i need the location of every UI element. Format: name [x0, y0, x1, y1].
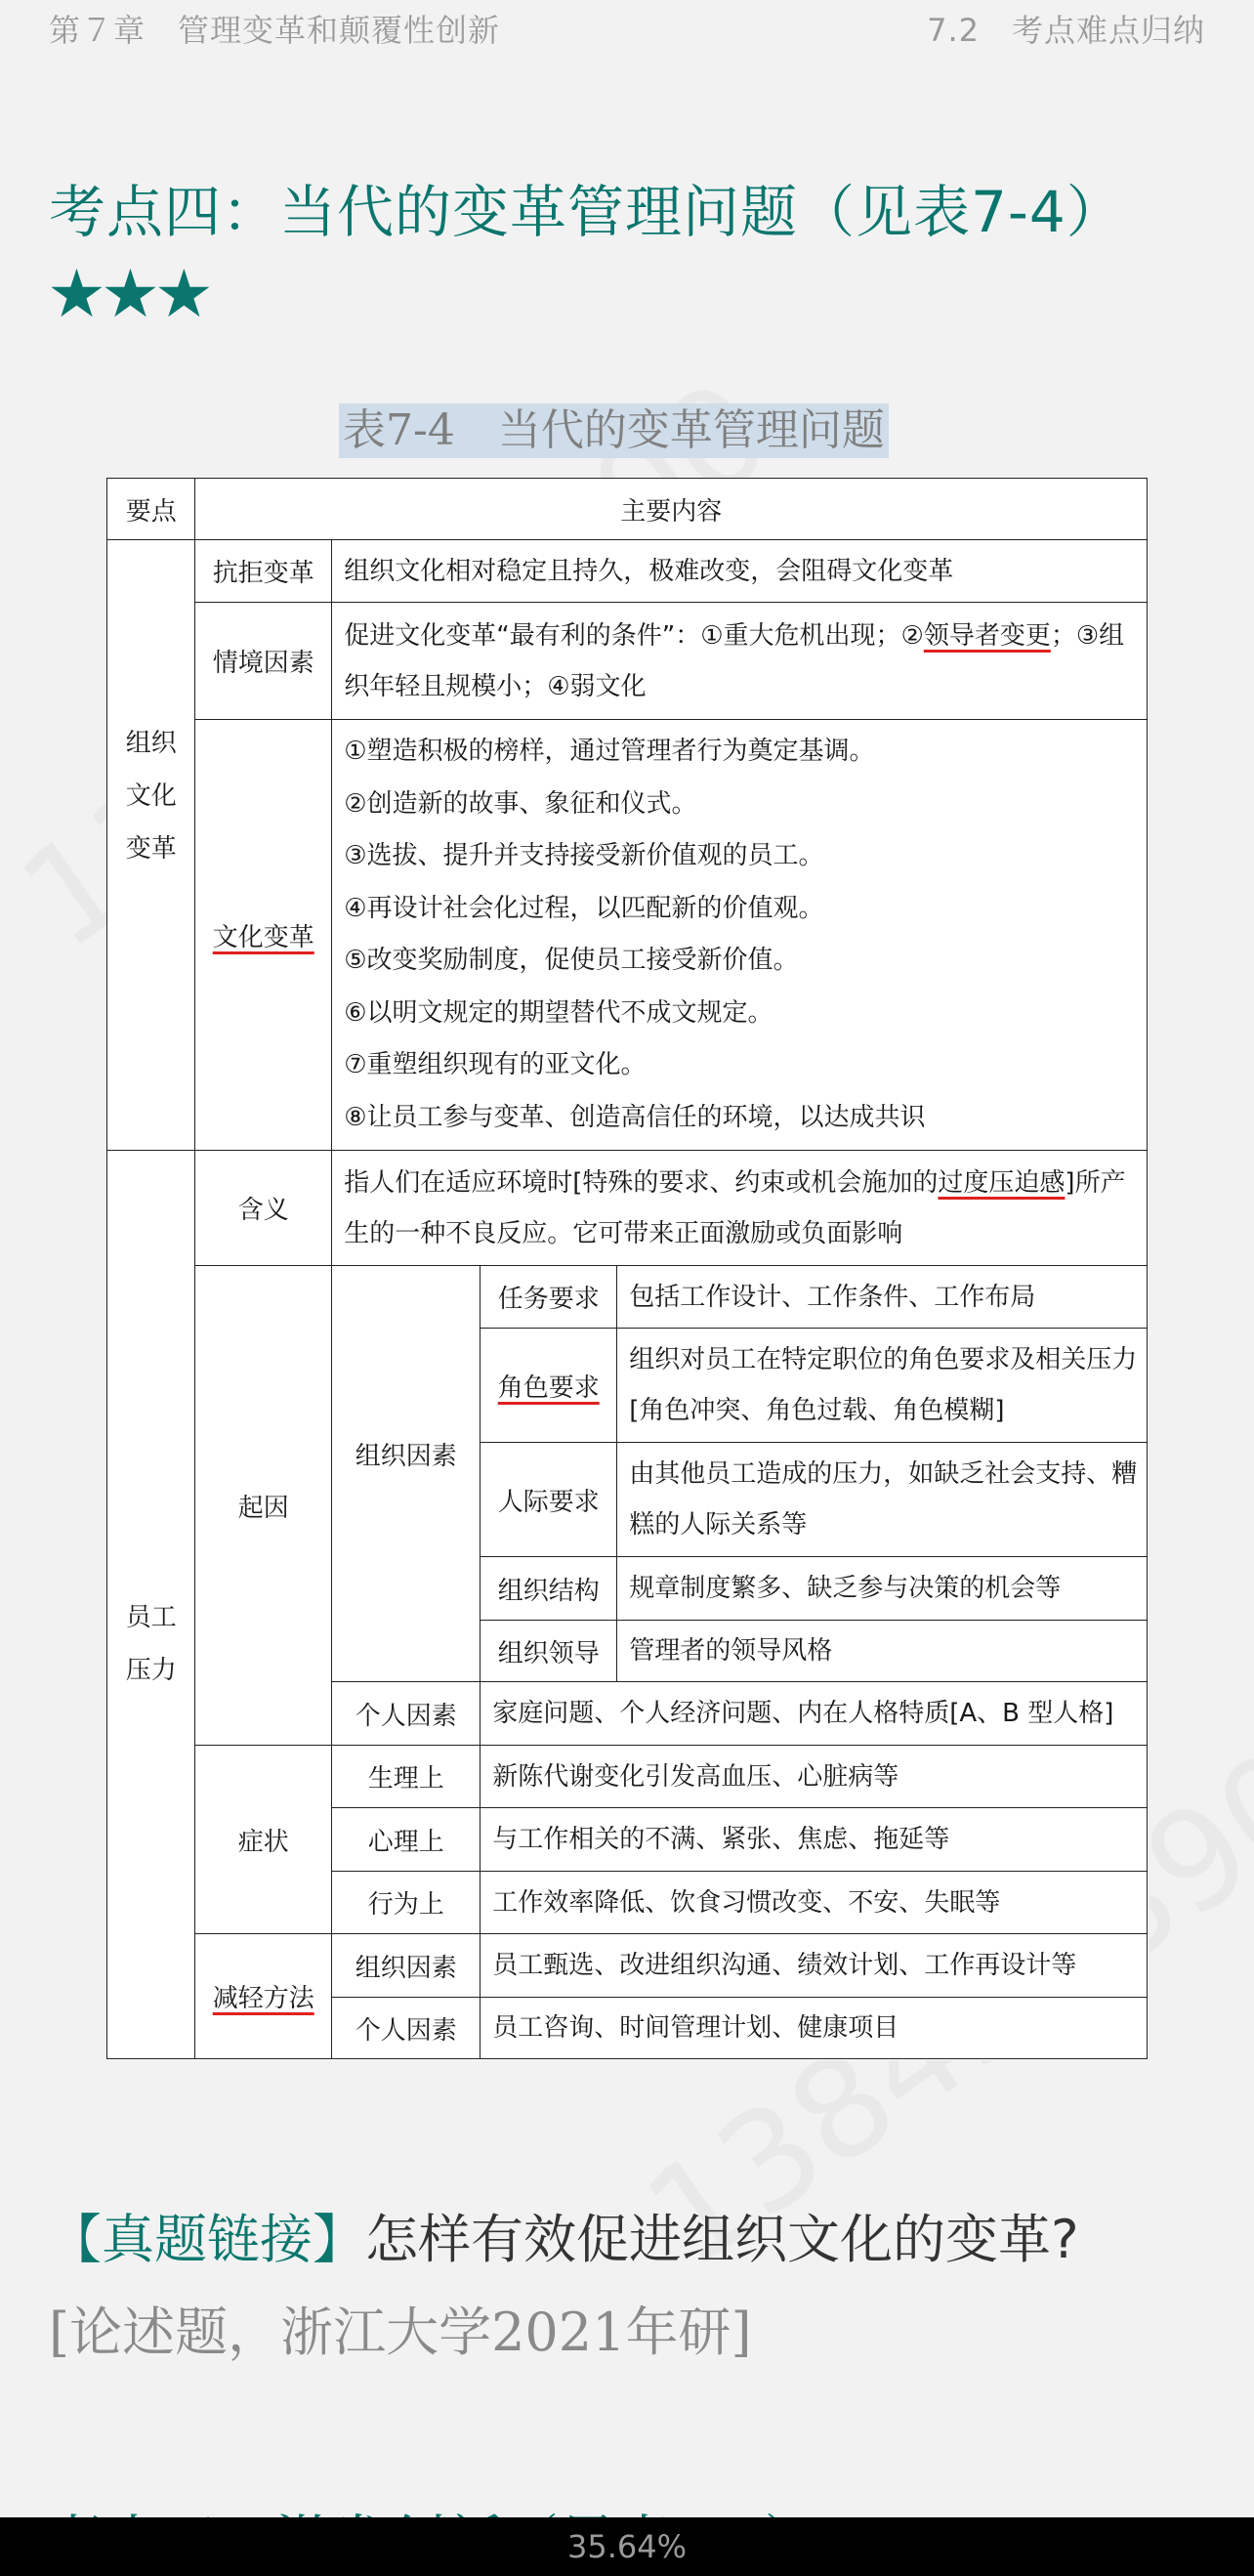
header-key-points: 要点: [106, 478, 195, 540]
table-caption[interactable]: 表7-4 当代的变革管理问题: [339, 403, 889, 458]
label-causes: 起因: [194, 1265, 332, 1746]
list-item: ①塑造积极的榜样，通过管理者行为奠定基调。: [344, 726, 925, 779]
content-psychological: 与工作相关的不满、紧张、焦虑、拖延等: [480, 1807, 1148, 1872]
content-resistance: 组织文化相对稳定且持久，极难改变，会阻碍文化变革: [331, 539, 1148, 603]
label-culture-change: 文化变革: [194, 719, 332, 1151]
list-item: ③选拔、提升并支持接受新价值观的员工。: [344, 830, 925, 883]
highlight-leader-change: 领导者变更: [924, 621, 1051, 651]
group-employee-stress: 员工 压力: [106, 1150, 195, 2059]
label-physiological: 生理上: [331, 1745, 481, 1808]
label-task-demands: 任务要求: [480, 1265, 617, 1329]
content-role-demands: 组织对员工在特定职位的角色要求及相关压力[角色冲突、角色过载、角色模糊]: [616, 1328, 1148, 1443]
content-situational: 促进文化变革“最有利的条件”：①重大危机出现；②领导者变更；③组织年轻且规模小；…: [331, 602, 1148, 720]
label-resistance: 抗拒变革: [194, 539, 332, 603]
importance-stars-icon: ★★★: [47, 262, 208, 328]
label-symptoms: 症状: [194, 1745, 332, 1934]
section-title: 考点四：当代的变革管理问题（见表7-4）: [49, 166, 1124, 248]
label-reduction-methods: 减轻方法: [194, 1933, 332, 2059]
list-item: ⑤改变奖励制度，促使员工接受新价值。: [344, 935, 925, 988]
label-org-leadership: 组织领导: [480, 1620, 617, 1682]
list-item: ⑦重塑组织现有的亚文化。: [344, 1039, 925, 1092]
section-heading: 7.2 考点难点归纳: [927, 6, 1205, 51]
label-interpersonal-demands: 人际要求: [480, 1442, 617, 1557]
header-main-content: 主要内容: [194, 478, 1148, 540]
list-item: ⑧让员工参与变革、创造高信任的环境，以达成共识: [344, 1092, 925, 1145]
label-org-structure: 组织结构: [480, 1556, 617, 1621]
content-task-demands: 包括工作设计、工作条件、工作布局: [616, 1265, 1148, 1329]
content-behavioral: 工作效率降低、饮食习惯改变、不安、失眠等: [480, 1871, 1148, 1934]
change-management-table: 要点 主要内容 组织 文化 变革 抗拒变革 组织文化相对稳定且持久，极难改变，会…: [107, 479, 1149, 2060]
chapter-title: 第７章 管理变革和颠覆性创新: [49, 6, 500, 51]
content-meaning: 指人们在适应环境时[特殊的要求、约束或机会施加的过度压迫感]所产生的一种不良反应…: [331, 1150, 1148, 1266]
label-situational: 情境因素: [194, 602, 332, 720]
label-behavioral: 行为上: [331, 1871, 481, 1934]
content-reduction-personal: 员工咨询、时间管理计划、健康项目: [480, 1997, 1148, 2059]
label-meaning: 含义: [194, 1150, 332, 1266]
reading-progress-percent: 35.64%: [567, 2528, 687, 2565]
label-psychological: 心理上: [331, 1807, 481, 1872]
exam-question-source: [论述题，浙江大学2021年研]: [49, 2291, 752, 2366]
content-org-structure: 规章制度繁多、缺乏参与决策的机会等: [616, 1556, 1148, 1621]
content-reduction-org: 员工甄选、改进组织沟通、绩效计划、工作再设计等: [480, 1933, 1148, 1998]
list-item: ⑥以明文规定的期望替代不成文规定。: [344, 988, 925, 1040]
running-head: 第７章 管理变革和颠覆性创新 7.2 考点难点归纳: [0, 6, 1254, 55]
exam-question-text: 怎样有效促进组织文化的变革?: [365, 2209, 1079, 2270]
label-org-factors: 组织因素: [331, 1265, 481, 1682]
list-item: ④再设计社会化过程，以匹配新的价值观。: [344, 883, 925, 936]
list-item: ②创造新的故事、象征和仪式。: [344, 779, 925, 831]
label-reduction-org: 组织因素: [331, 1933, 481, 1998]
content-physiological: 新陈代谢变化引发高血压、心脏病等: [480, 1745, 1148, 1808]
content-interpersonal-demands: 由其他员工造成的压力，如缺乏社会支持、糟糕的人际关系等: [616, 1442, 1148, 1557]
label-reduction-personal: 个人因素: [331, 1997, 481, 2059]
content-culture-change: ①塑造积极的榜样，通过管理者行为奠定基调。 ②创造新的故事、象征和仪式。 ③选拔…: [331, 719, 1148, 1151]
exam-link-tag: 【真题链接】: [49, 2209, 365, 2270]
content-org-leadership: 管理者的领导风格: [616, 1620, 1148, 1682]
highlight-excessive-pressure: 过度压迫感: [938, 1168, 1065, 1198]
reading-progress-bar[interactable]: 35.64%: [0, 2517, 1254, 2576]
exam-link-question: 【真题链接】怎样有效促进组织文化的变革?: [49, 2198, 1079, 2273]
content-personal-factors: 家庭问题、个人经济问题、内在人格特质[A、B 型人格]: [480, 1681, 1148, 1746]
label-personal-factors: 个人因素: [331, 1681, 481, 1746]
group-org-culture-change: 组织 文化 变革: [106, 539, 195, 1151]
label-role-demands: 角色要求: [480, 1328, 617, 1443]
